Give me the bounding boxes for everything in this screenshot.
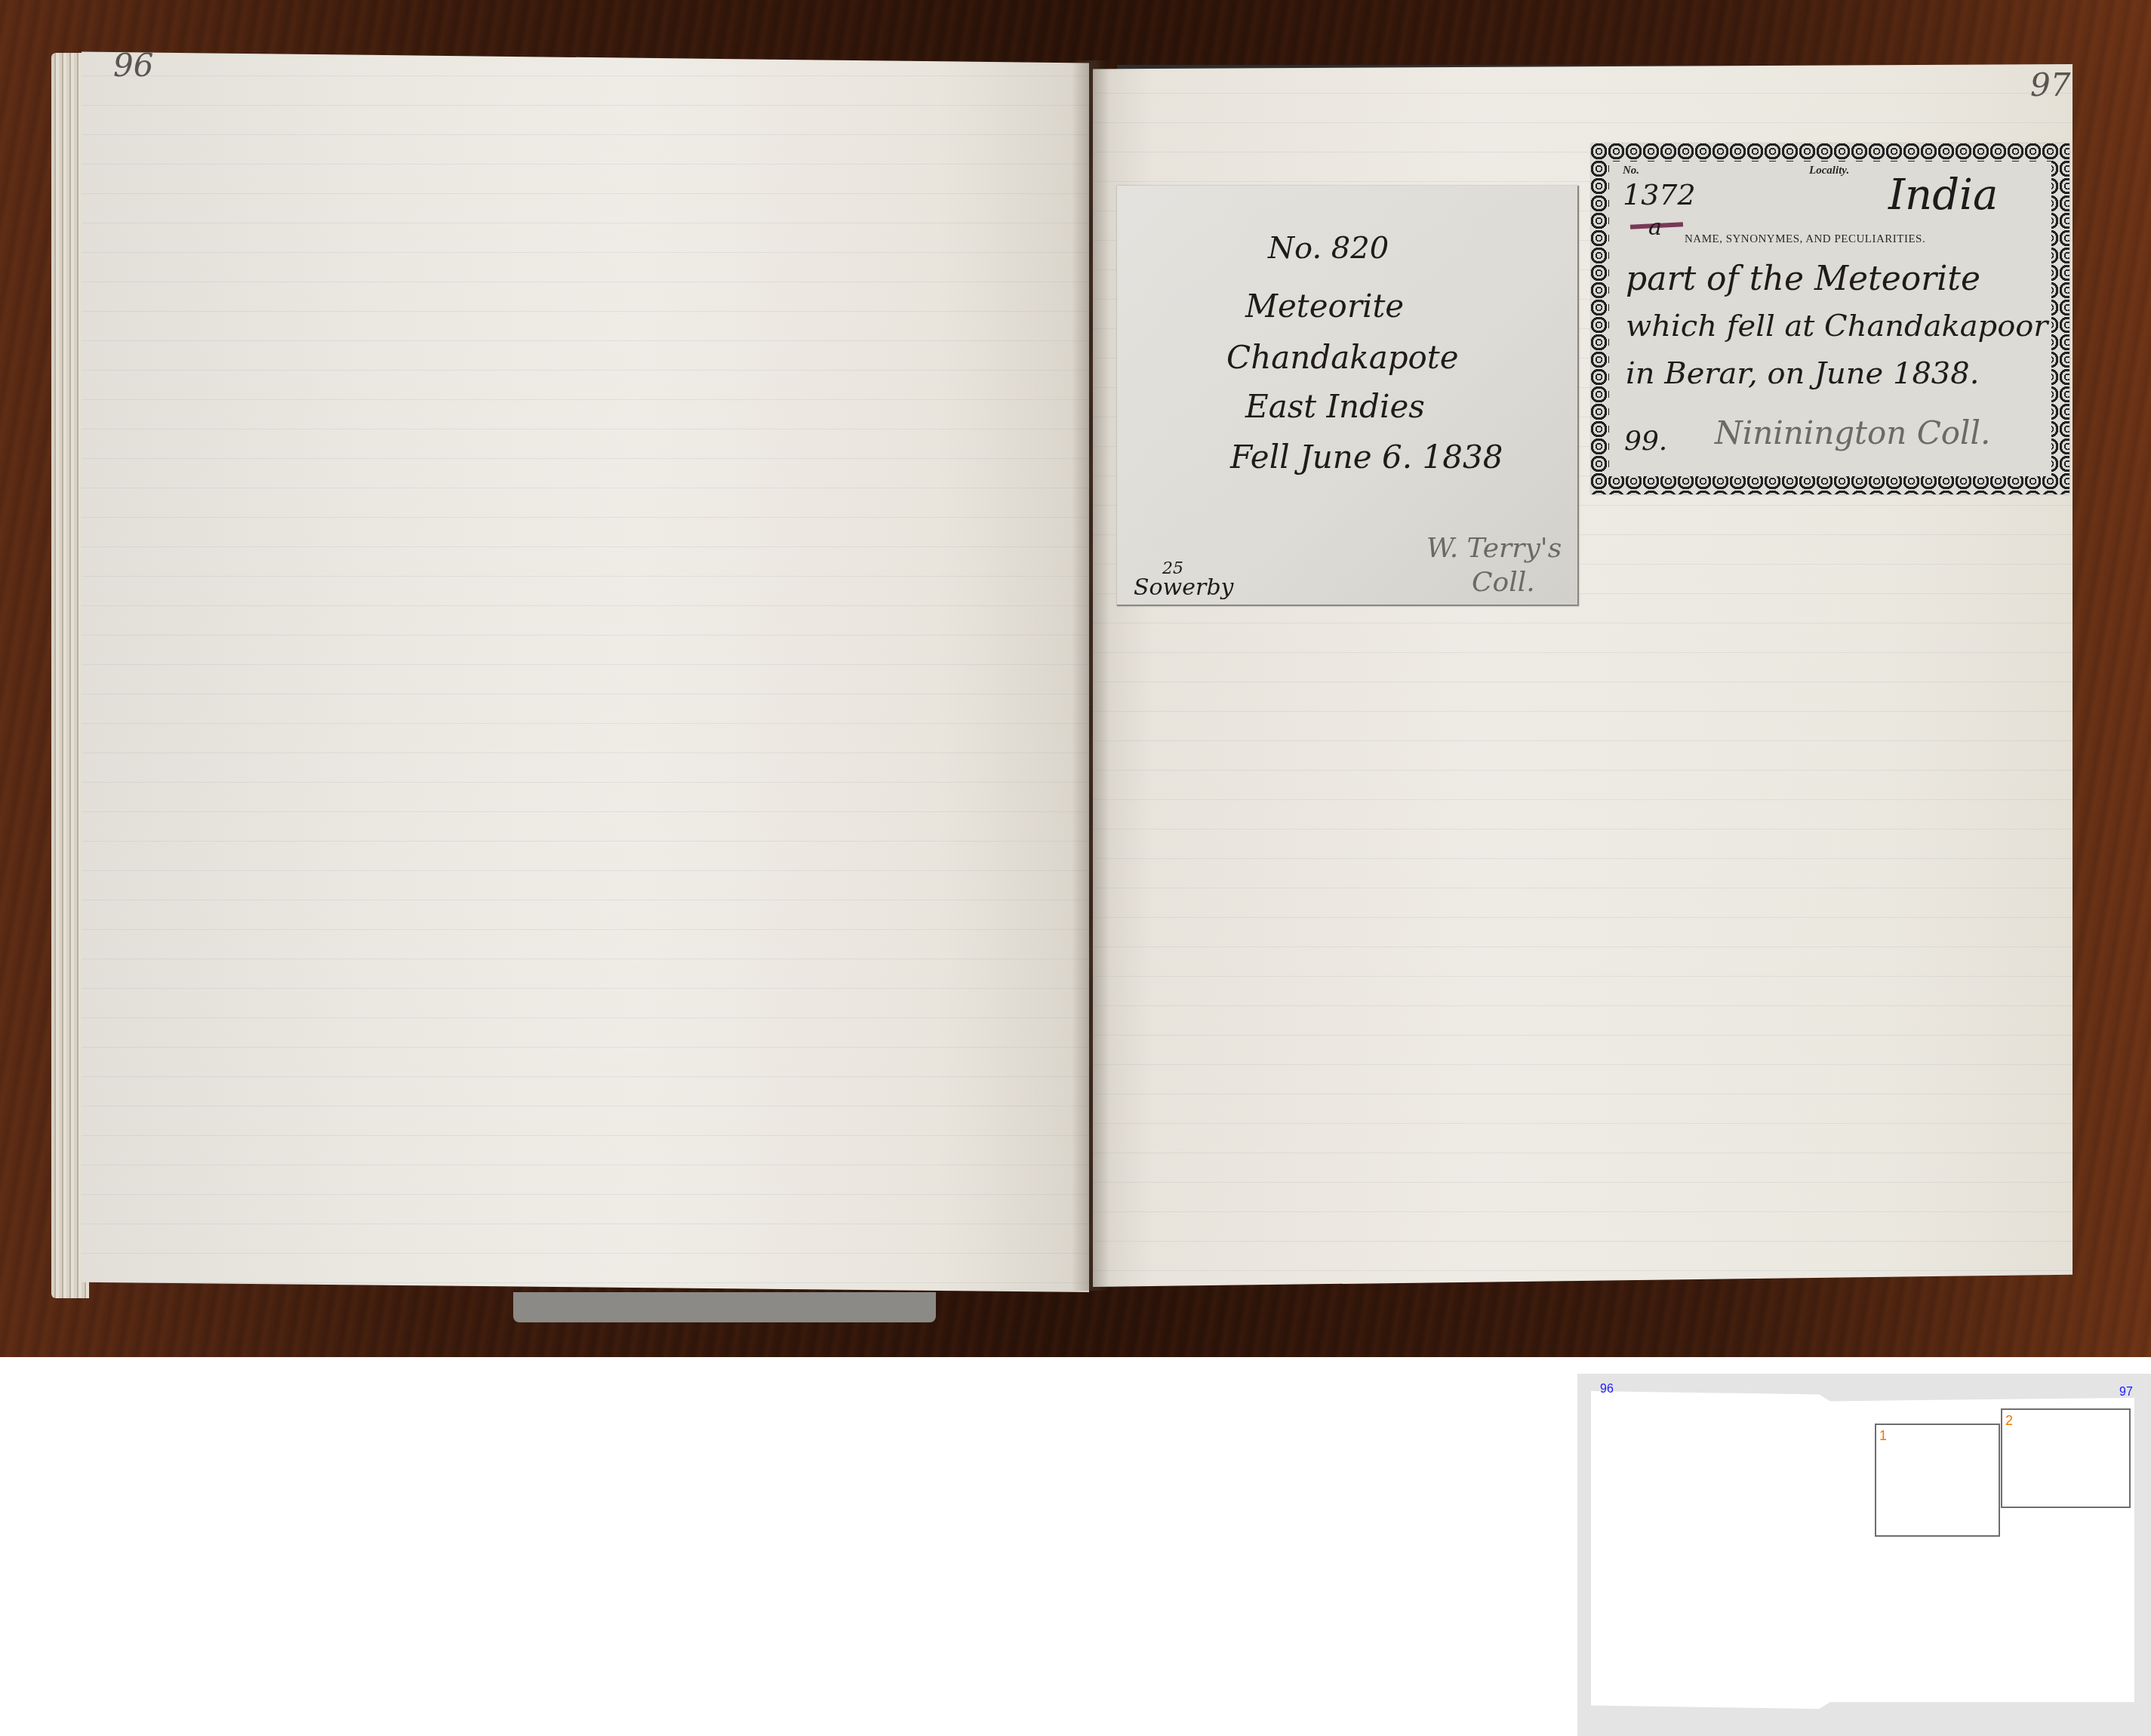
diagram-box-2: 2 — [2001, 1408, 2131, 1508]
label1-collector: W. Terry's — [1426, 533, 1562, 564]
label2-printed-locality: Locality. — [1809, 165, 1849, 177]
label2-desc-line-1: part of the Meteorite — [1626, 260, 1980, 298]
specimen-label-2: No. Locality. 1372 a India NAME, SYNONYM… — [1591, 143, 2069, 494]
label1-line-number: No. 820 — [1268, 231, 1389, 266]
label1-line-type: Meteorite — [1245, 288, 1404, 325]
specimen-label-1: No. 820 Meteorite Chandakapote East Indi… — [1117, 186, 1579, 606]
label2-bottom-number: 99. — [1624, 426, 1667, 457]
diagram-box-2-number: 2 — [2005, 1413, 2013, 1429]
label1-line-region: East Indies — [1245, 388, 1425, 425]
book-spine — [1072, 60, 1109, 1291]
label1-line-place: Chandakapote — [1226, 339, 1459, 376]
label2-printed-no: No. — [1623, 165, 1639, 177]
label2-number-suffix: a — [1648, 214, 1662, 241]
diagram-right-page-label: 97 — [2119, 1386, 2133, 1399]
left-page-number: 96 — [113, 47, 153, 84]
diagram-left-page-label: 96 — [1600, 1383, 1614, 1396]
label2-printed-heading: NAME, SYNONYMES, AND PECULIARITIES. — [1685, 233, 1925, 246]
diagram-box-1-number: 1 — [1879, 1428, 1887, 1444]
label2-collection: Nininington Coll. — [1715, 414, 1990, 451]
label2-locality: India — [1888, 171, 1998, 220]
label2-desc-line-2: which fell at Chandakapoor — [1626, 309, 2048, 343]
label1-line-date: Fell June 6. 1838 — [1230, 439, 1503, 476]
label2-desc-line-3: in Berar, on June 1838. — [1626, 356, 1979, 391]
diagram-box-1: 1 — [1875, 1424, 2000, 1537]
book-cover-bottom-edge — [513, 1292, 936, 1322]
label1-sowerby: Sowerby — [1134, 574, 1234, 601]
label1-coll: Coll. — [1472, 567, 1535, 598]
left-page — [82, 47, 1089, 1292]
layout-diagram: 96 97 1 2 — [1577, 1374, 2151, 1736]
right-page-number: 97 — [2030, 66, 2070, 103]
label2-number: 1372 — [1623, 178, 1696, 211]
album-photo: 96 97 No. 820 Meteorite Chandakapote Eas… — [0, 0, 2151, 1357]
